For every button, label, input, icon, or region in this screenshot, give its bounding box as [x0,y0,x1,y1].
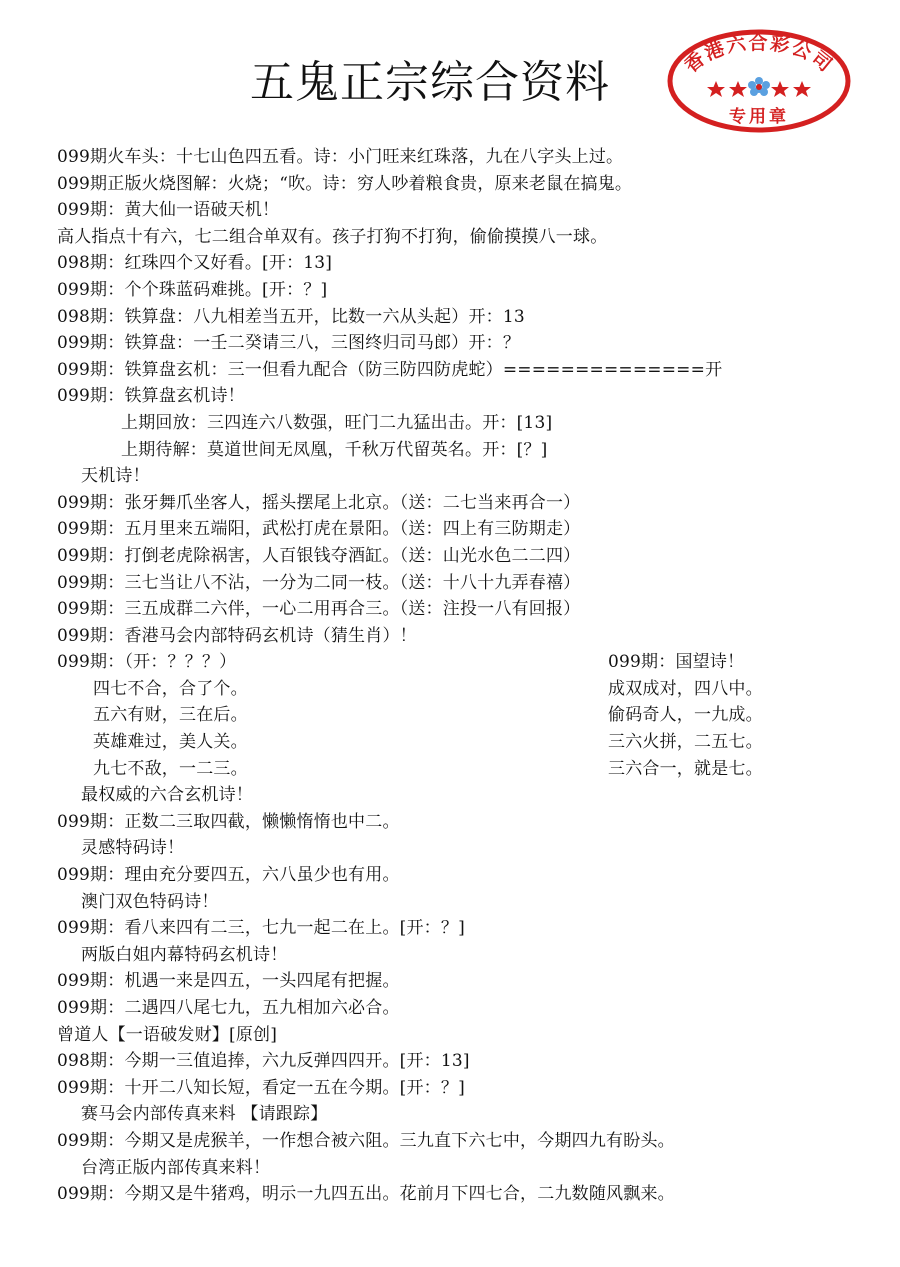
section-heading: 灵感特码诗！ [57,835,877,862]
text-line: 099期：理由充分要四五，六八虽少也有用。 [57,862,877,889]
text-line: 099期：二遇四八尾七九，五九相加六必合。 [57,995,877,1022]
text-line: 高人指点十有六，七二组合单双有。孩子打狗不打狗，偷偷摸摸八一球。 [57,224,877,251]
text-line: 099期：铁算盘玄机诗！ [57,383,877,410]
poem-header: 099期：国望诗！ [608,649,763,676]
section-heading: 台湾正版内部传真来料！ [57,1155,877,1182]
section-heading: 澳门双色特码诗！ [57,889,877,916]
text-line: 099期：五月里来五端阳，武松打虎在景阳。（送：四上有三防期走） [57,516,877,543]
poem-block: 099期：（开：？？？） 四七不合，合了个。 五六有财，三在后。 英雄难过，美人… [57,649,877,782]
text-line: 099期：铁算盘玄机：三一但看九配合（防三防四防虎蛇）=============… [57,357,877,384]
text-line: 099期：打倒老虎除祸害，人百银钱夺酒缸。（送：山光水色二二四） [57,543,877,570]
text-line: 099期正版火烧图解：火烧；“吹。诗：穷人吵着粮食贵，原来老鼠在搞鬼。 [57,171,877,198]
text-line: 099期：十开二八知长短，看定一五在今期。[开：？] [57,1075,877,1102]
text-line: 099期：正数二三取四截，懒懒惰惰也中二。 [57,809,877,836]
seal-icon: 香港六合彩公司 专用章 [666,29,852,133]
stamp-bottom-text: 专用章 [729,106,789,127]
poem-verse: 三六合一，就是七。 [608,756,763,783]
text-line: 099期：张牙舞爪坐客人，摇头摆尾上北京。（送：二七当来再合一） [57,490,877,517]
page-title: 五鬼正宗综合资料 [250,46,610,110]
text-line: 099期：铁算盘：一壬二癸请三八，三图终归司马郎）开：？ [57,330,877,357]
text-line: 099期：个个珠蓝码难挑。[开：？] [57,277,877,304]
text-line: 099期：香港马会内部特码玄机诗（猜生肖）！ [57,623,877,650]
text-line: 099期火车头：十七山色四五看。诗：小门旺来红珠落，九在八字头上过。 [57,144,877,171]
section-heading: 曾道人【一语破发财】[原创] [57,1022,877,1049]
poem-right: 099期：国望诗！ 成双成对，四八中。 偷码奇人，一九成。 三六火拼，二五七。 … [608,649,763,782]
poem-verse: 成双成对，四八中。 [608,676,763,703]
section-heading: 最权威的六合玄机诗！ [57,782,877,809]
content-body: 099期火车头：十七山色四五看。诗：小门旺来红珠落，九在八字头上过。 099期正… [57,144,877,1208]
text-line: 099期：三五成群二六伴，一心二用再合三。（送：注投一八有回报） [57,596,877,623]
text-line: 099期：黄大仙一语破天机！ [57,197,877,224]
section-heading: 两版白姐内幕特码玄机诗！ [57,942,877,969]
poem-verse: 三六火拼，二五七。 [608,729,763,756]
poem-verse: 偷码奇人，一九成。 [608,702,763,729]
text-line: 099期：机遇一来是四五，一头四尾有把握。 [57,968,877,995]
company-seal-stamp: 香港六合彩公司 专用章 [666,29,852,133]
text-line: 099期：三七当让八不沾，一分为二同一枝。（送：十八十九弄春禧） [57,570,877,597]
text-line: 098期：铁算盘：八九相差当五开，比数一六从头起）开：13 [57,304,877,331]
text-line: 上期待解：莫道世间无凤凰，千秋万代留英名。开：[？] [57,437,877,464]
section-heading: 天机诗！ [57,463,877,490]
text-line: 098期：红珠四个又好看。[开：13] [57,250,877,277]
text-line: 099期：看八来四有二三，七九一起二在上。[开：？] [57,915,877,942]
text-line: 098期：今期一三值追捧，六九反弹四四开。[开：13] [57,1048,877,1075]
text-line: 上期回放：三四连六八数强，旺门二九猛出击。开：[13] [57,410,877,437]
text-line: 099期：今期又是牛猪鸡，明示一九四五出。花前月下四七合，二九数随风飘来。 [57,1181,877,1208]
section-heading: 赛马会内部传真来料 【请跟踪】 [57,1101,877,1128]
text-line: 099期：今期又是虎猴羊，一作想合被六阻。三九直下六七中，今期四九有盼头。 [57,1128,877,1155]
